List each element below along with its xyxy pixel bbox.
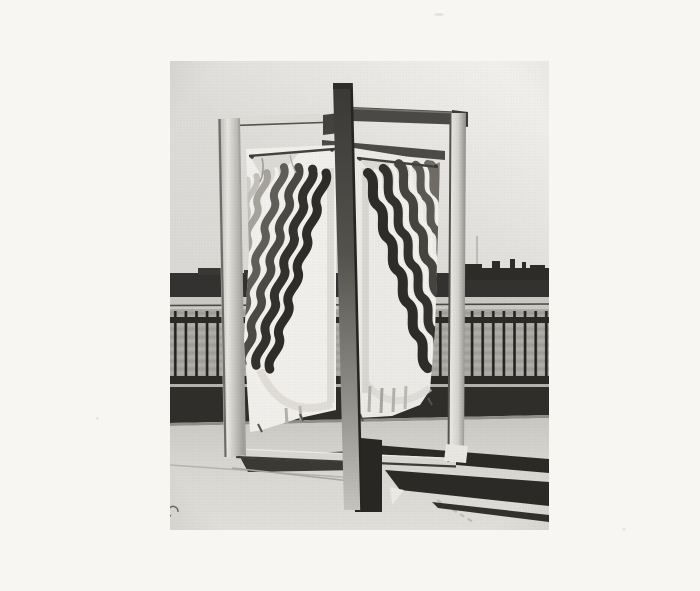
vignette [170,61,549,530]
scan-speck [622,528,626,531]
sculpture-photograph [170,61,549,530]
photo-canvas [170,61,549,530]
book-page [0,0,700,591]
scan-speck [96,417,99,420]
scan-speck [434,13,444,16]
